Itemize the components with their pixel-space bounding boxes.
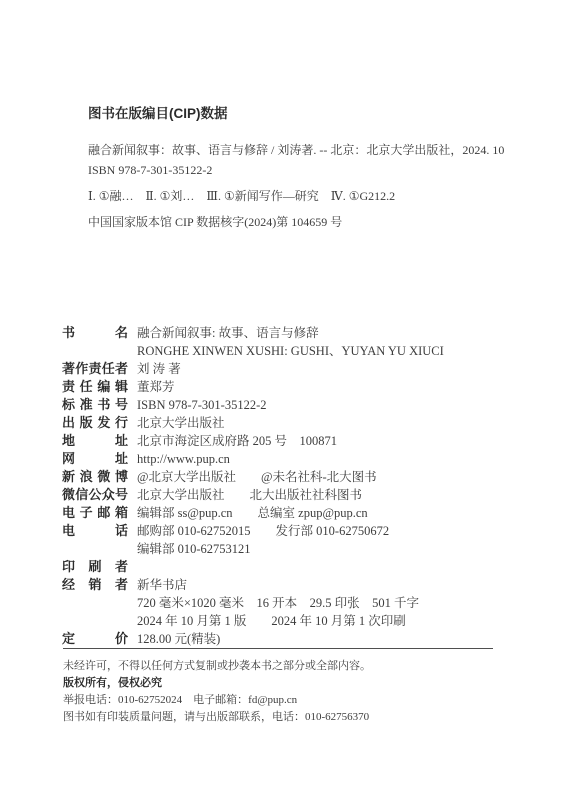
field-label: 电话 xyxy=(62,522,128,540)
field-value: RONGHE XINWEN XUSHI: GUSHI、YUYAN YU XIUC… xyxy=(137,344,444,358)
report-contact-line: 举报电话：010-62752024 电子邮箱：fd@pup.cn xyxy=(63,692,371,709)
field-label: 新浪微博 xyxy=(62,468,128,486)
field-value: 编辑部 010-62753121 xyxy=(137,542,251,556)
field-label: 地址 xyxy=(62,432,128,450)
quality-contact-line: 图书如有印装质量问题，请与出版部联系，电话：010-62756370 xyxy=(63,709,371,726)
field-label: 责任编辑 xyxy=(62,378,128,396)
field-label: 书名 xyxy=(62,324,128,342)
field-value: 融合新闻叙事: 故事、语言与修辞 xyxy=(137,326,319,340)
field-value: 北京市海淀区成府路 205 号 100871 xyxy=(137,434,337,448)
table-row-website: 网址http://www.pup.cn xyxy=(62,450,444,468)
table-row-price: 定价128.00 元(精装) xyxy=(62,630,444,648)
field-value: 董郑芳 xyxy=(137,380,175,394)
table-row-isbn: 标准书号ISBN 978-7-301-35122-2 xyxy=(62,396,444,414)
cip-registry-line: 中国国家版本馆 CIP 数据核字(2024)第 104659 号 xyxy=(88,213,504,231)
table-row-title: 书名融合新闻叙事: 故事、语言与修辞 xyxy=(62,324,444,342)
field-label: 经销者 xyxy=(62,576,128,594)
field-label: 著作责任者 xyxy=(62,360,128,378)
field-value: 刘 涛 著 xyxy=(137,362,181,376)
table-row-editor: 责任编辑董郑芳 xyxy=(62,378,444,396)
field-label: 标准书号 xyxy=(62,396,128,414)
table-row-title-pinyin: RONGHE XINWEN XUSHI: GUSHI、YUYAN YU XIUC… xyxy=(62,342,444,360)
publication-info-table: 书名融合新闻叙事: 故事、语言与修辞 RONGHE XINWEN XUSHI: … xyxy=(62,324,444,648)
field-value: 邮购部 010-62752015 发行部 010-62750672 xyxy=(137,524,389,538)
no-copy-notice: 未经许可，不得以任何方式复制或抄袭本书之部分或全部内容。 xyxy=(63,658,371,675)
field-label: 出版发行 xyxy=(62,414,128,432)
field-label: 网址 xyxy=(62,450,128,468)
legal-notice-block: 未经许可，不得以任何方式复制或抄袭本书之部分或全部内容。 版权所有，侵权必究 举… xyxy=(63,658,371,726)
field-label: 印刷者 xyxy=(62,558,128,576)
copyright-warning: 版权所有，侵权必究 xyxy=(63,675,371,692)
table-row-printer: 印刷者 xyxy=(62,558,444,576)
field-value: 新华书店 xyxy=(137,578,187,592)
cip-classification-line: Ⅰ. ①融… Ⅱ. ①刘… Ⅲ. ①新闻写作—研究 Ⅳ. ①G212.2 xyxy=(88,187,504,205)
field-value: 720 毫米×1020 毫米 16 开本 29.5 印张 501 千字 xyxy=(137,596,419,610)
cip-record-line: 融合新闻叙事：故事、语言与修辞 / 刘涛著. -- 北京：北京大学出版社，202… xyxy=(88,141,504,159)
table-row-distributor: 经销者新华书店 xyxy=(62,576,444,594)
field-value: ISBN 978-7-301-35122-2 xyxy=(137,398,267,412)
table-row-address: 地址北京市海淀区成府路 205 号 100871 xyxy=(62,432,444,450)
field-value: 128.00 元(精装) xyxy=(137,632,220,646)
field-value: 北京大学出版社 xyxy=(137,416,225,430)
table-row-edition: 2024 年 10 月第 1 版 2024 年 10 月第 1 次印刷 xyxy=(62,612,444,630)
cip-data-block: 图书在版编目(CIP)数据 融合新闻叙事：故事、语言与修辞 / 刘涛著. -- … xyxy=(88,104,504,231)
table-row-email: 电子邮箱编辑部 ss@pup.cn 总编室 zpup@pup.cn xyxy=(62,504,444,522)
field-label: 微信公众号 xyxy=(62,486,128,504)
copyright-page: 图书在版编目(CIP)数据 融合新闻叙事：故事、语言与修辞 / 刘涛著. -- … xyxy=(0,0,567,800)
table-row-phone-cont: 编辑部 010-62753121 xyxy=(62,540,444,558)
field-value: @北京大学出版社 @未名社科-北大图书 xyxy=(137,470,377,484)
table-row-wechat: 微信公众号北京大学出版社 北大出版社社科图书 xyxy=(62,486,444,504)
field-value: 北京大学出版社 北大出版社社科图书 xyxy=(137,488,362,502)
table-row-author: 著作责任者刘 涛 著 xyxy=(62,360,444,378)
table-row-publisher: 出版发行北京大学出版社 xyxy=(62,414,444,432)
field-label: 定价 xyxy=(62,630,128,648)
field-label: 电子邮箱 xyxy=(62,504,128,522)
field-value: 2024 年 10 月第 1 版 2024 年 10 月第 1 次印刷 xyxy=(137,614,406,628)
table-row-format: 720 毫米×1020 毫米 16 开本 29.5 印张 501 千字 xyxy=(62,594,444,612)
cip-isbn-line: ISBN 978-7-301-35122-2 xyxy=(88,161,504,179)
field-value: 编辑部 ss@pup.cn 总编室 zpup@pup.cn xyxy=(137,506,368,520)
cip-header: 图书在版编目(CIP)数据 xyxy=(88,104,504,124)
divider-line xyxy=(63,648,493,649)
field-value: http://www.pup.cn xyxy=(137,452,230,466)
table-row-weibo: 新浪微博@北京大学出版社 @未名社科-北大图书 xyxy=(62,468,444,486)
table-row-phone: 电话邮购部 010-62752015 发行部 010-62750672 xyxy=(62,522,444,540)
